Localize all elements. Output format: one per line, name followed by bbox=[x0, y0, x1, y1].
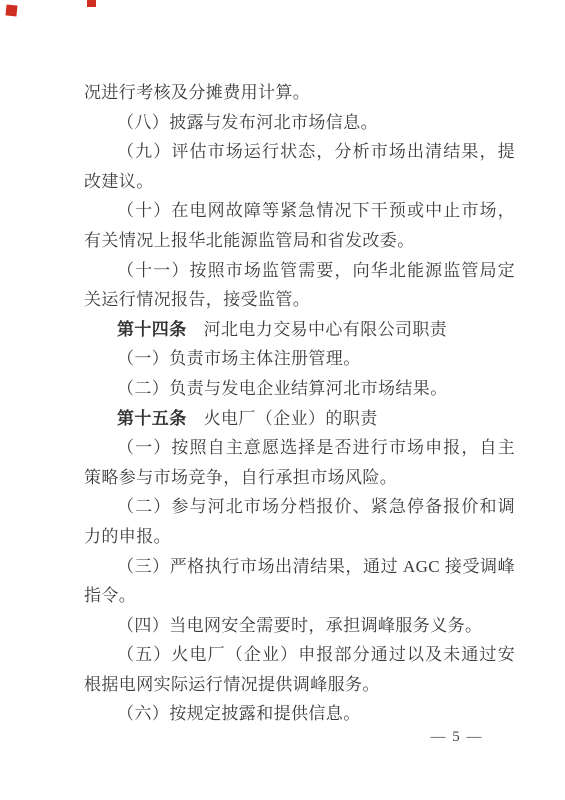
text-line: （二）参与河北市场分档报价、紧急停备报价和调峰技术能 bbox=[84, 492, 515, 522]
text-line: 关运行情况报告，接受监管。 bbox=[84, 285, 515, 315]
text-line: （二）负责与发电企业结算河北市场结果。 bbox=[84, 374, 515, 404]
text-line: 根据电网实际运行情况提供调峰服务。 bbox=[84, 670, 515, 700]
text-line: 有关情况上报华北能源监管局和省发改委。 bbox=[84, 226, 515, 256]
article-heading-line: 第十四条河北电力交易中心有限公司职责 bbox=[84, 315, 515, 345]
text-line: （四）当电网安全需要时，承担调峰服务义务。 bbox=[84, 611, 515, 641]
text-line: 策略参与市场竞争，自行承担市场风险。 bbox=[84, 463, 515, 493]
text-line: （八）披露与发布河北市场信息。 bbox=[84, 108, 515, 138]
text-line: 力的申报。 bbox=[84, 522, 515, 552]
article-title: 火电厂（企业）的职责 bbox=[204, 409, 378, 428]
article-title: 河北电力交易中心有限公司职责 bbox=[204, 320, 448, 339]
text-line: （九）评估市场运行状态，分析市场出清结果，提出规则修 bbox=[84, 137, 515, 167]
text-block: 况进行考核及分摊费用计算。 （八）披露与发布河北市场信息。 （九）评估市场运行状… bbox=[84, 78, 515, 729]
article-heading-line: 第十五条火电厂（企业）的职责 bbox=[84, 404, 515, 434]
text-line: （一）按照自主意愿选择是否进行市场申报，自主决策报价 bbox=[84, 433, 515, 463]
text-line: 况进行考核及分摊费用计算。 bbox=[84, 78, 515, 108]
text-line: （三）严格执行市场出清结果，通过 AGC 接受调峰服务调用 bbox=[84, 552, 515, 582]
document-page: 况进行考核及分摊费用计算。 （八）披露与发布河北市场信息。 （九）评估市场运行状… bbox=[0, 0, 565, 800]
article-number: 第十四条 bbox=[117, 320, 187, 339]
article-number: 第十五条 bbox=[117, 409, 187, 428]
text-line: （五）火电厂（企业）申报部分通过以及未通过安全校核时， bbox=[84, 640, 515, 670]
page-number: — 5 — bbox=[431, 729, 484, 746]
red-scan-artifact-2 bbox=[87, 0, 96, 7]
red-scan-artifact-1 bbox=[5, 4, 17, 16]
text-line: （十一）按照市场监管需要，向华北能源监管局定期报送相 bbox=[84, 256, 515, 286]
text-line: 指令。 bbox=[84, 581, 515, 611]
text-line: （六）按规定披露和提供信息。 bbox=[84, 699, 515, 729]
text-line: （一）负责市场主体注册管理。 bbox=[84, 344, 515, 374]
text-line: （十）在电网故障等紧急情况下干预或中止市场，并及时将 bbox=[84, 196, 515, 226]
text-line: 改建议。 bbox=[84, 167, 515, 197]
